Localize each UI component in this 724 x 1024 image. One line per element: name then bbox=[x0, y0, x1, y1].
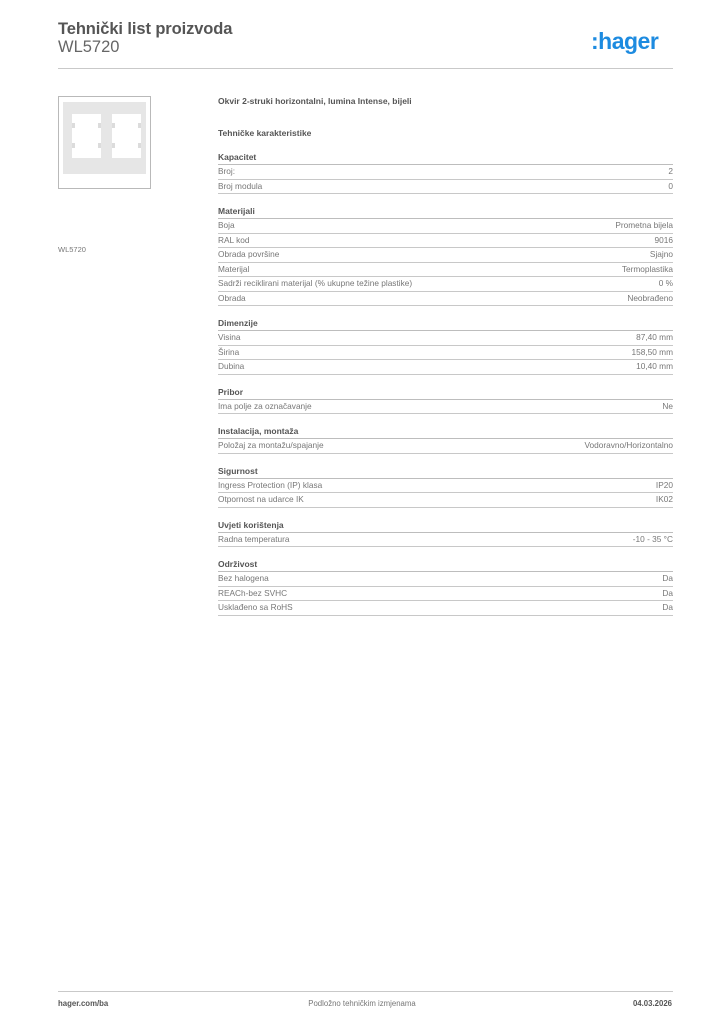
spec-group: Instalacija, montažaPoložaj za montažu/s… bbox=[218, 425, 673, 454]
spec-value: Sjajno bbox=[650, 248, 673, 262]
spec-value: Prometna bijela bbox=[615, 219, 673, 233]
footer-date: 04.03.2026 bbox=[633, 999, 672, 1008]
hager-logo: :hager bbox=[591, 27, 658, 55]
spec-value: Termoplastika bbox=[622, 263, 673, 277]
spec-row: Bez halogenaDa bbox=[218, 572, 673, 587]
header-divider bbox=[58, 68, 673, 69]
spec-value: 0 % bbox=[659, 277, 673, 291]
spec-value: 0 bbox=[668, 180, 673, 194]
spec-groups: KapacitetBroj:2Broj modula0MaterijaliBoj… bbox=[218, 151, 673, 616]
group-title: Pribor bbox=[218, 386, 673, 400]
spec-value: Vodoravno/Horizontalno bbox=[584, 439, 673, 453]
spec-value: IK02 bbox=[656, 493, 673, 507]
spec-row: Širina158,50 mm bbox=[218, 346, 673, 361]
spec-label: Broj modula bbox=[218, 180, 262, 194]
product-code: WL5720 bbox=[58, 38, 119, 57]
footer-notice: Podložno tehničkim izmjenama bbox=[0, 999, 724, 1008]
spec-label: Bez halogena bbox=[218, 572, 269, 586]
spec-row: Visina87,40 mm bbox=[218, 331, 673, 346]
group-title: Materijali bbox=[218, 205, 673, 219]
spec-value: Neobrađeno bbox=[627, 292, 673, 306]
spec-label: Sadrži reciklirani materijal (% ukupne t… bbox=[218, 277, 412, 291]
spec-row: Položaj za montažu/spajanjeVodoravno/Hor… bbox=[218, 439, 673, 454]
spec-group: MaterijaliBojaPrometna bijelaRAL kod9016… bbox=[218, 205, 673, 306]
spec-label: Radna temperatura bbox=[218, 533, 290, 547]
spec-row: Radna temperatura-10 - 35 °C bbox=[218, 533, 673, 548]
spec-group: KapacitetBroj:2Broj modula0 bbox=[218, 151, 673, 194]
spec-label: Usklađeno sa RoHS bbox=[218, 601, 293, 615]
section-heading: Tehničke karakteristike bbox=[218, 128, 673, 140]
product-image bbox=[58, 96, 151, 189]
spec-value: Da bbox=[662, 601, 673, 615]
spec-value: 158,50 mm bbox=[631, 346, 673, 360]
group-title: Kapacitet bbox=[218, 151, 673, 165]
spec-value: 9016 bbox=[655, 234, 673, 248]
spec-label: Materijal bbox=[218, 263, 249, 277]
spec-value: Da bbox=[662, 572, 673, 586]
group-title: Održivost bbox=[218, 558, 673, 572]
spec-group: PriborIma polje za označavanjeNe bbox=[218, 386, 673, 415]
product-description: Okvir 2-struki horizontalni, lumina Inte… bbox=[218, 96, 673, 108]
spec-row: Ima polje za označavanjeNe bbox=[218, 400, 673, 415]
spec-row: Usklađeno sa RoHSDa bbox=[218, 601, 673, 616]
spec-label: Širina bbox=[218, 346, 239, 360]
group-title: Sigurnost bbox=[218, 465, 673, 479]
spec-value: 87,40 mm bbox=[636, 331, 673, 345]
spec-value: 2 bbox=[668, 165, 673, 179]
spec-label: Položaj za montažu/spajanje bbox=[218, 439, 324, 453]
spec-label: Obrada bbox=[218, 292, 246, 306]
spec-label: Obrada površine bbox=[218, 248, 279, 262]
spec-label: REACh-bez SVHC bbox=[218, 587, 287, 601]
spec-group: DimenzijeVisina87,40 mmŠirina158,50 mmDu… bbox=[218, 317, 673, 375]
spec-row: RAL kod9016 bbox=[218, 234, 673, 249]
spec-row: Broj modula0 bbox=[218, 180, 673, 195]
spec-label: Boja bbox=[218, 219, 235, 233]
spec-value: Ne bbox=[662, 400, 673, 414]
spec-label: RAL kod bbox=[218, 234, 250, 248]
spec-label: Ima polje za označavanje bbox=[218, 400, 312, 414]
spec-value: IP20 bbox=[656, 479, 673, 493]
spec-label: Dubina bbox=[218, 360, 244, 374]
spec-row: Ingress Protection (IP) klasaIP20 bbox=[218, 479, 673, 494]
spec-row: Dubina10,40 mm bbox=[218, 360, 673, 375]
spec-row: Obrada površineSjajno bbox=[218, 248, 673, 263]
spec-label: Ingress Protection (IP) klasa bbox=[218, 479, 322, 493]
spec-row: ObradaNeobrađeno bbox=[218, 292, 673, 307]
group-title: Uvjeti korištenja bbox=[218, 519, 673, 533]
group-title: Dimenzije bbox=[218, 317, 673, 331]
spec-row: Broj:2 bbox=[218, 165, 673, 180]
spec-value: -10 - 35 °C bbox=[633, 533, 673, 547]
image-caption: WL5720 bbox=[58, 245, 86, 254]
spec-group: Uvjeti korištenjaRadna temperatura-10 - … bbox=[218, 519, 673, 548]
document-title: Tehnički list proizvoda bbox=[58, 20, 232, 39]
spec-group: SigurnostIngress Protection (IP) klasaIP… bbox=[218, 465, 673, 508]
spec-content: Okvir 2-struki horizontalni, lumina Inte… bbox=[218, 96, 673, 616]
spec-label: Otpornost na udarce IK bbox=[218, 493, 304, 507]
spec-value: Da bbox=[662, 587, 673, 601]
spec-row: BojaPrometna bijela bbox=[218, 219, 673, 234]
spec-label: Visina bbox=[218, 331, 240, 345]
spec-label: Broj: bbox=[218, 165, 235, 179]
spec-row: Sadrži reciklirani materijal (% ukupne t… bbox=[218, 277, 673, 292]
spec-group: OdrživostBez halogenaDaREACh-bez SVHCDaU… bbox=[218, 558, 673, 616]
group-title: Instalacija, montaža bbox=[218, 425, 673, 439]
spec-row: MaterijalTermoplastika bbox=[218, 263, 673, 278]
spec-row: Otpornost na udarce IKIK02 bbox=[218, 493, 673, 508]
double-frame-icon bbox=[59, 97, 150, 188]
footer-divider bbox=[58, 991, 673, 992]
spec-value: 10,40 mm bbox=[636, 360, 673, 374]
spec-row: REACh-bez SVHCDa bbox=[218, 587, 673, 602]
